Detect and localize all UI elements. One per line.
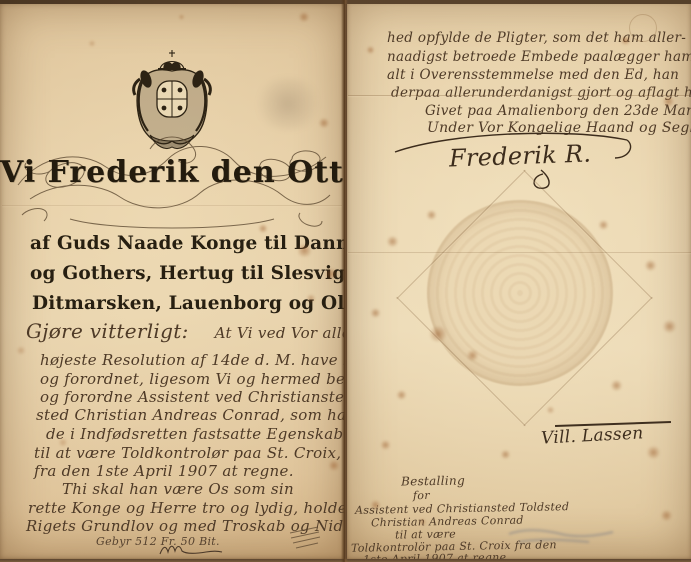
page-gutter-seam [341, 0, 348, 562]
docket-line: Bestalling [401, 473, 465, 488]
embossed-stamp-ring [629, 14, 657, 42]
decree-line: fra den 1ste April 1907 at regne. [34, 462, 294, 480]
decree-line: og forordne Assistent ved Christiansted … [40, 388, 344, 406]
decree-line: højeste Resolution af 14de d. M. have be… [40, 351, 344, 369]
royal-signature: Frederik R. [449, 140, 592, 173]
pen-hatch-marks [288, 525, 322, 551]
left-page: Vi Frederik den Ottende, af Guds Naade K… [0, 3, 344, 559]
docket-line: for [413, 489, 430, 502]
decree-line: de i Indfødsretten fastsatte Egenskaber, [46, 425, 344, 443]
decree-line: og forordnet, ligesom Vi og hermed beski… [40, 370, 344, 388]
decree-line: sted Christian Andreas Conrad, som har [36, 406, 344, 424]
decree-line: rette Konge og Herre tro og lydig, holde [28, 499, 344, 517]
decree-line: Thi skal han være Os som sin [62, 480, 294, 498]
decree-line: til at være Toldkontrolør paa St. Croix, [34, 444, 341, 462]
countersignature: Vill. Lassen [541, 423, 644, 448]
ink-ghost-smudge [505, 524, 617, 548]
royal-title-line: Ditmarsken, Lauenborg og Oldenborg. [32, 293, 344, 314]
royal-appointment-document: Vi Frederik den Ottende, af Guds Naade K… [0, 0, 691, 562]
right-page: hed opfylde de Pligter, som det ham alle… [347, 2, 691, 559]
decree-line: Gjøre vitterligt:At Vi ved Vor aller- [26, 319, 344, 343]
royal-title-line: af Guds Naade Konge til Danmark, de Vend… [30, 233, 344, 254]
decree-opening: Gjøre vitterligt: [26, 319, 189, 343]
decree-continuation-line: alt i Overensstemmelse med den Ed, han [387, 67, 679, 83]
royal-title-line: og Gothers, Hertug til Slesvig, Holsten,… [30, 263, 344, 284]
decree-continuation-line: derpaa allerunderdanigst gjort og aflagt… [391, 85, 691, 101]
dateline: Givet paa Amalienborg den 23de Marts 190… [425, 103, 691, 119]
clerk-initials-scribble [158, 544, 224, 558]
embossed-royal-seal [427, 200, 613, 386]
royal-headline: Vi Frederik den Ottende, [0, 155, 344, 190]
decree-continuation-line: naadigst betroede Embede paalægger ham, [387, 49, 691, 65]
decree-line-text: At Vi ved Vor aller- [215, 324, 344, 342]
